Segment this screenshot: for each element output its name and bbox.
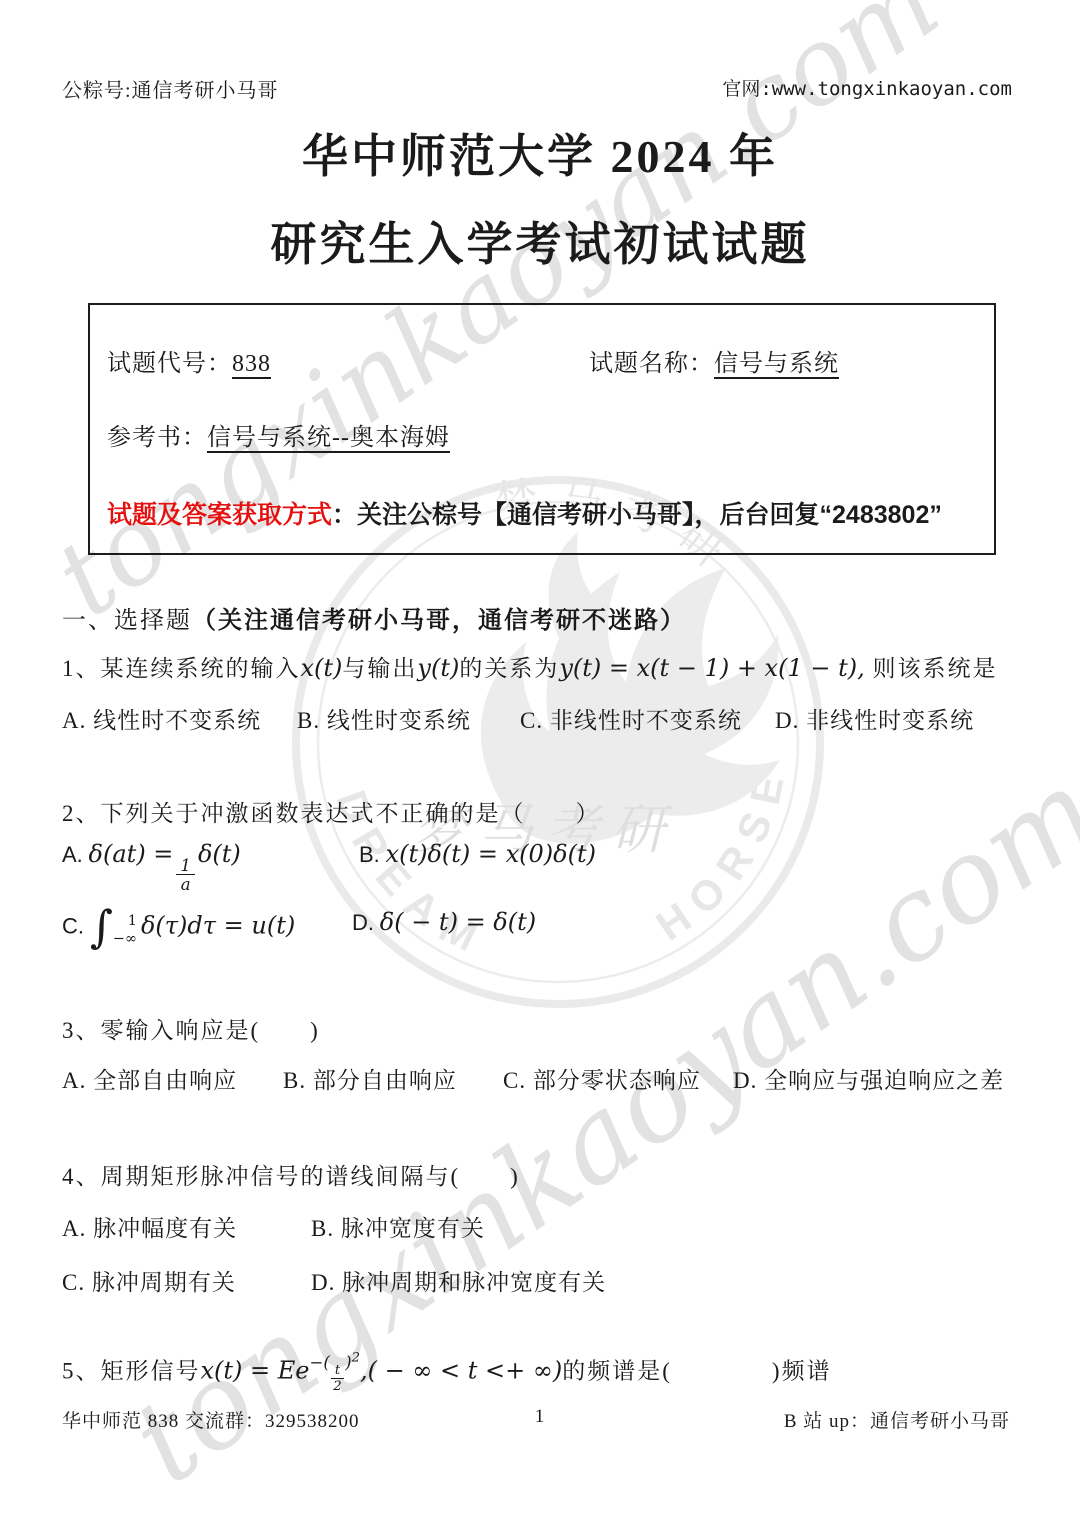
answer-notice-highlight: 试题及答案获取方式	[107, 501, 332, 529]
exam-name-value: 信号与系统	[714, 351, 839, 377]
text-segment: 的关系为	[459, 656, 559, 681]
answer-notice-text: ：关注公棕号【通信考研小马哥】，后台回复“2483802”	[332, 501, 942, 529]
q5-exp-open: −(	[310, 1353, 330, 1372]
q2-option-d-formula: δ( − t) = δ(t)	[380, 908, 536, 936]
page-header: 公粽号:通信考研小马哥 官网:www.tongxinkaoyan.com	[62, 74, 1012, 103]
q2a-frac-numerator: 1	[176, 857, 195, 875]
exam-name-label: 试题名称：	[589, 351, 714, 377]
q5-formula-lhs: x(t) = Ee	[201, 1356, 310, 1384]
info-row-reference: 参考书：信号与系统--奥本海姆	[107, 417, 984, 452]
q2-option-a-lhs: δ(at) =	[89, 840, 174, 868]
text-segment: y(t)	[417, 654, 459, 682]
question-4-options-row2: C. 脉冲周期有关 D. 脉冲周期和脉冲宽度有关	[62, 1264, 1080, 1298]
q2a-frac-denominator: a	[181, 875, 191, 893]
q2-option-b: B. x(t)δ(t) = x(0)δ(t)	[359, 840, 596, 868]
exam-title-line1: 华中师范大学 2024 年	[0, 120, 1080, 186]
question-5-text: 5、矩形信号x(t) = Ee−(t2)2,( − ∞ < t <+ ∞)的频谱…	[62, 1350, 1040, 1394]
q3-option-a: A. 全部自由响应	[62, 1062, 237, 1095]
q1-option-b: B. 线性时变系统	[297, 702, 471, 735]
q2c-integral-upper: 1	[128, 913, 137, 929]
text-segment: y(t) = x(t − 1) + x(1 − t),	[559, 654, 864, 682]
q5-suffix: 的频谱是( )频谱	[562, 1358, 831, 1383]
q2c-integral-lower: −∞	[113, 931, 137, 947]
question-4-text: 4、周期矩形脉冲信号的谱线间隔与( )	[62, 1158, 1040, 1191]
question-2-options-row2: C. ∫1−∞δ(τ)dτ = u(t) D. δ( − t) = δ(t)	[62, 908, 1080, 978]
q1-option-c: C. 非线性时不变系统	[520, 702, 742, 735]
q2-option-d-label: D.	[352, 910, 374, 935]
question-4-options-row1: A. 脉冲幅度有关 B. 脉冲宽度有关	[62, 1210, 1080, 1244]
q2-option-a-label: A.	[62, 842, 83, 867]
question-3-text: 3、零输入响应是( )	[62, 1012, 1040, 1045]
text-segment: 与输出	[342, 656, 417, 681]
q2-option-c-label: C.	[62, 914, 84, 939]
q1-option-a: A. 线性时不变系统	[62, 702, 261, 735]
q2-option-b-label: B.	[359, 842, 380, 867]
q4-option-c: C. 脉冲周期有关	[62, 1264, 236, 1297]
q2-option-b-formula: x(t)δ(t) = x(0)δ(t)	[386, 840, 596, 868]
reference-book-value: 信号与系统--奥本海姆	[207, 425, 450, 451]
q5-exp-power: 2	[352, 1350, 360, 1365]
section-title: 一、选择题	[62, 608, 192, 634]
q1-option-d: D. 非线性时变系统	[775, 702, 974, 735]
q3-option-c: C. 部分零状态响应	[503, 1062, 701, 1095]
text-segment: 1、某连续系统的输入	[62, 656, 301, 681]
footer-bilibili-up: B 站 up：通信考研小马哥	[784, 1406, 1010, 1433]
header-right-website: 官网:www.tongxinkaoyan.com	[722, 74, 1012, 103]
text-segment: 则该系统是	[865, 656, 998, 681]
section-note: （关注通信考研小马哥，通信考研不迷路）	[192, 608, 686, 634]
q5-exp-frac-den: 2	[333, 1379, 341, 1394]
exam-paper-page: tongxinkaoyan.com tongxinkaoyan.com 梦马考研…	[0, 0, 1080, 1527]
info-row-code-name: 试题代号：838 试题名称：信号与系统	[107, 343, 984, 378]
q2-option-d: D. δ( − t) = δ(t)	[352, 908, 536, 936]
exam-info-box: 试题代号：838 试题名称：信号与系统 参考书：信号与系统--奥本海姆 试题及答…	[88, 303, 996, 555]
q5-formula-domain: ,( − ∞ < t <+ ∞)	[360, 1356, 562, 1384]
q5-prefix: 5、矩形信号	[62, 1358, 201, 1383]
question-1-text: 1、某连续系统的输入x(t)与输出y(t)的关系为y(t) = x(t − 1)…	[62, 650, 1040, 683]
q2-option-c: C. ∫1−∞δ(τ)dτ = u(t)	[62, 908, 295, 948]
header-left-account: 公粽号:通信考研小马哥	[62, 74, 279, 103]
exam-code-label: 试题代号：	[107, 351, 232, 377]
question-1-options: A. 线性时不变系统 B. 线性时变系统 C. 非线性时不变系统 D. 非线性时…	[62, 702, 1080, 736]
section-heading: 一、选择题（关注通信考研小马哥，通信考研不迷路）	[62, 600, 686, 635]
q4-option-a: A. 脉冲幅度有关	[62, 1210, 237, 1243]
q3-option-d: D. 全响应与强迫响应之差	[733, 1062, 1004, 1095]
q2-option-a: A. δ(at) =1aδ(t)	[62, 840, 241, 894]
q4-option-d: D. 脉冲周期和脉冲宽度有关	[311, 1264, 606, 1297]
exam-code-value: 838	[232, 351, 271, 377]
question-2-text: 2、下列关于冲激函数表达式不正确的是（ ）	[62, 795, 1040, 828]
q3-option-b: B. 部分自由响应	[283, 1062, 457, 1095]
q2c-integral-sign: ∫	[90, 908, 113, 948]
question-3-options: A. 全部自由响应 B. 部分自由响应 C. 部分零状态响应 D. 全响应与强迫…	[62, 1062, 1080, 1096]
q4-option-b: B. 脉冲宽度有关	[311, 1210, 485, 1243]
q5-exp-frac-num: t	[331, 1364, 344, 1379]
reference-book-label: 参考书：	[107, 425, 207, 451]
exam-title-line2: 研究生入学考试初试试题	[0, 208, 1080, 274]
info-row-notice: 试题及答案获取方式：关注公棕号【通信考研小马哥】，后台回复“2483802”	[107, 495, 984, 531]
q2-option-c-body: δ(τ)dτ = u(t)	[141, 912, 295, 940]
question-2-options-row1: A. δ(at) =1aδ(t) B. x(t)δ(t) = x(0)δ(t)	[62, 840, 1080, 910]
text-segment: x(t)	[301, 654, 343, 682]
q2-option-a-rhs: δ(t)	[198, 840, 241, 868]
